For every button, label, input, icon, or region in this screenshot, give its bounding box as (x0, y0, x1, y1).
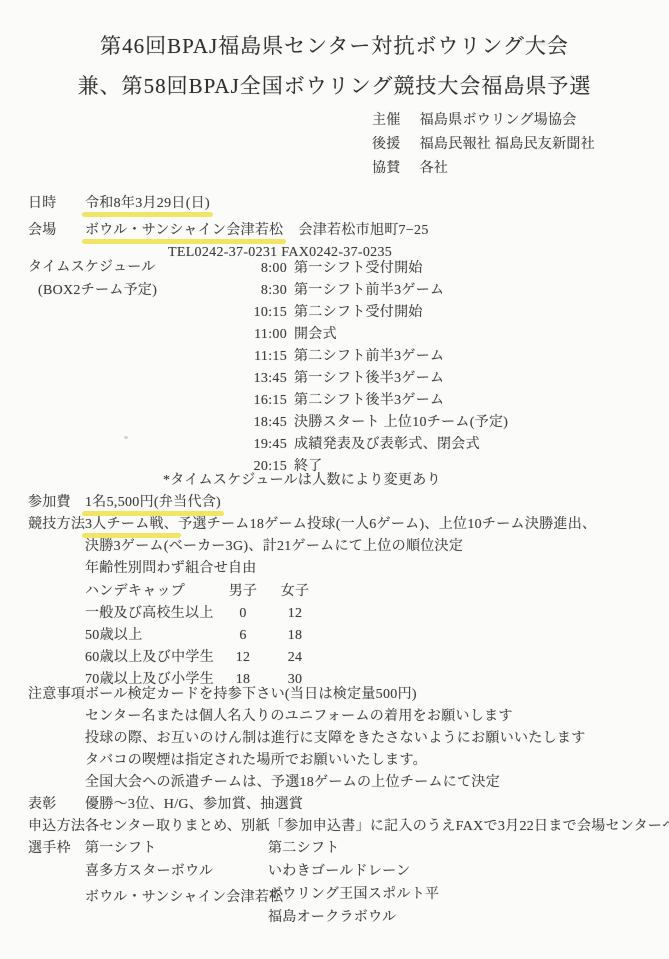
handicap-women-value: 18 (260, 626, 316, 646)
schedule-event: 決勝スタート 上位10チーム(予定) (294, 413, 508, 433)
organizer-value: 各社 (420, 159, 449, 179)
awards-label: 表彰 (28, 795, 85, 815)
datetime-row: 日時 令和8年3月29日(日) (28, 194, 210, 214)
organizer-label: 後援 (372, 135, 401, 155)
rules-label: 競技方法 (28, 515, 85, 535)
rules-row: 競技方法 3人チーム戦、予選チーム18ゲーム投球(一人6ゲーム)、上位10チーム… (28, 515, 596, 535)
organizer-row-host: 主催 福島県ボウリング場協会 (372, 109, 595, 133)
slots-shift2-column: 第二シフト いわきゴールドレーン ボウリング王国スポルト平 福島オークラボウル (268, 839, 439, 931)
rules-team-format: 3人チーム戦、 (85, 515, 178, 535)
awards-value: 優勝〜3位、H/G、参加賞、抽選賞 (85, 795, 303, 815)
schedule-row: 16:15 第二シフト後半3ゲーム (225, 390, 508, 412)
title-line1: 第46回BPAJ福島県センター対抗ボウリング大会 (0, 26, 669, 66)
awards-row: 表彰 優勝〜3位、H/G、参加賞、抽選賞 (28, 795, 303, 815)
title-line2: 兼、第58回BPAJ全国ボウリング競技大会福島県予選 (0, 66, 669, 106)
application-label: 申込方法 (28, 817, 85, 837)
schedule-event: 第二シフト後半3ゲーム (294, 391, 444, 411)
scan-speck (452, 136, 455, 139)
fee-value: 1名5,500円(弁当代含) (85, 493, 221, 513)
note-line: タバコの喫煙は指定された場所でお願いいたします。 (85, 751, 427, 771)
organizer-value: 福島県ボウリング場協会 (420, 111, 577, 131)
schedule-row: 19:45 成績発表及び表彰式、閉会式 (225, 434, 508, 456)
shift2-title: 第二シフト (268, 839, 439, 862)
schedule-row: 18:45 決勝スタート 上位10チーム(予定) (225, 412, 508, 434)
rules-line1: 予選チーム18ゲーム投球(一人6ゲーム)、上位10チーム決勝進出、 (178, 517, 596, 532)
organizer-row-support: 後援 福島民報社 福島民友新聞社 (372, 133, 595, 157)
schedule-time: 13:45 (225, 369, 287, 389)
slots-label: 選手枠 (28, 839, 71, 859)
schedule-time: 8:00 (225, 259, 287, 279)
organizer-label: 協賛 (372, 159, 401, 179)
document-title: 第46回BPAJ福島県センター対抗ボウリング大会 兼、第58回BPAJ全国ボウリ… (0, 26, 669, 106)
schedule-time: 10:15 (225, 303, 287, 323)
rules-line2: 決勝3ゲーム(ベーカー3G)、計21ゲームにて上位の順位決定 (85, 537, 463, 557)
venue-name: ボウル・サンシャイン会津若松 (85, 221, 283, 241)
schedule-note: *タイムスケジュールは人数により変更あり (163, 471, 441, 491)
application-row: 申込方法 各センター取りまとめ、別紙「参加申込書」に記入のうえFAXで3月22日… (28, 817, 669, 837)
schedule-list: 8:00 第一シフト受付開始 8:30 第一シフト前半3ゲーム 10:15 第二… (225, 258, 508, 478)
schedule-row: 11:15 第二シフト前半3ゲーム (225, 346, 508, 368)
venue-address: 会津若松市旭町7−25 (298, 221, 428, 241)
schedule-event: 第二シフト前半3ゲーム (294, 347, 444, 367)
scanned-document: 第46回BPAJ福島県センター対抗ボウリング大会 兼、第58回BPAJ全国ボウリ… (0, 0, 669, 959)
shift2-center: ボウリング王国スポルト平 (268, 885, 439, 908)
schedule-row: 10:15 第二シフト受付開始 (225, 302, 508, 324)
shift1-center: 喜多方スターボウル (85, 862, 283, 885)
schedule-event: 第二シフト受付開始 (294, 303, 423, 323)
handicap-table: ハンデキャップ 男子 女子 一般及び高校生以上 0 12 50歳以上 6 18 … (85, 581, 316, 691)
schedule-event: 第一シフト前半3ゲーム (294, 281, 444, 301)
organizer-value: 福島民報社 福島民友新聞社 (420, 135, 595, 155)
schedule-time: 16:15 (225, 391, 287, 411)
application-value: 各センター取りまとめ、別紙「参加申込書」に記入のうえFAXで3月22日まで会場セ… (85, 817, 669, 837)
handicap-category: 50歳以上 (85, 626, 226, 646)
datetime-label: 日時 (28, 194, 85, 214)
shift1-center: ボウル・サンシャイン会津若松 (85, 888, 283, 911)
handicap-men-value: 0 (226, 604, 260, 624)
rules-line3: 年齢性別問わず組合せ自由 (85, 559, 257, 579)
handicap-women-value: 12 (260, 604, 316, 624)
handicap-men-value: 6 (226, 626, 260, 646)
handicap-header: ハンデキャップ 男子 女子 (85, 581, 316, 603)
note-line: ボール検定カードを持参下さい(当日は検定量500円) (85, 685, 417, 705)
schedule-row: 13:45 第一シフト後半3ゲーム (225, 368, 508, 390)
schedule-label: タイムスケジュール (28, 258, 157, 278)
schedule-row: 8:00 第一シフト受付開始 (225, 258, 508, 280)
scan-speck (124, 436, 128, 439)
schedule-label-block: タイムスケジュール (BOX2チーム予定) (28, 258, 157, 301)
venue-label: 会場 (28, 221, 85, 241)
schedule-event: 第一シフト後半3ゲーム (294, 369, 444, 389)
datetime-value: 令和8年3月29日(日) (85, 194, 210, 214)
schedule-sublabel: (BOX2チーム予定) (28, 281, 157, 301)
schedule-event: 成績発表及び表彰式、閉会式 (294, 435, 480, 455)
note-line: 投球の際、お互いのけん制は進行に支障をきたさないようにお願いいたします (85, 729, 586, 749)
schedule-event: 第一シフト受付開始 (294, 259, 423, 279)
note-line: 全国大会への派遣チームは、予選18ゲームの上位チームにて決定 (85, 773, 500, 793)
schedule-row: 8:30 第一シフト前半3ゲーム (225, 280, 508, 302)
scan-speck (538, 40, 547, 45)
notes-label: 注意事項 (28, 685, 85, 705)
organizer-row-sponsor: 協賛 各社 (372, 157, 595, 181)
handicap-women-value: 24 (260, 648, 316, 668)
slots-shift1-column: 第一シフト 喜多方スターボウル ボウル・サンシャイン会津若松 (85, 839, 283, 911)
shift1-title: 第一シフト (85, 839, 283, 862)
schedule-time: 8:30 (225, 281, 287, 301)
shift2-center: いわきゴールドレーン (268, 862, 439, 885)
handicap-header-women: 女子 (260, 582, 316, 602)
venue-row: 会場 ボウル・サンシャイン会津若松 会津若松市旭町7−25 (28, 221, 429, 241)
handicap-men-value: 12 (226, 648, 260, 668)
schedule-time: 11:00 (225, 325, 287, 345)
organizer-block: 主催 福島県ボウリング場協会 後援 福島民報社 福島民友新聞社 協賛 各社 (372, 109, 595, 181)
schedule-time: 11:15 (225, 347, 287, 367)
schedule-row: 11:00 開会式 (225, 324, 508, 346)
fee-row: 参加費 1名5,500円(弁当代含) (28, 493, 221, 513)
schedule-event: 開会式 (294, 325, 337, 345)
handicap-row: 50歳以上 6 18 (85, 625, 316, 647)
note-line: センター名または個人名入りのユニフォームの着用をお願いします (85, 707, 513, 727)
handicap-category: 一般及び高校生以上 (85, 604, 226, 624)
handicap-row: 一般及び高校生以上 0 12 (85, 603, 316, 625)
handicap-category: 60歳以上及び中学生 (85, 648, 226, 668)
schedule-time: 19:45 (225, 435, 287, 455)
handicap-header-name: ハンデキャップ (85, 582, 226, 602)
handicap-row: 60歳以上及び中学生 12 24 (85, 647, 316, 669)
fee-label: 参加費 (28, 493, 85, 513)
schedule-time: 18:45 (225, 413, 287, 433)
handicap-header-men: 男子 (226, 582, 260, 602)
organizer-label: 主催 (372, 111, 401, 131)
shift2-center: 福島オークラボウル (268, 908, 439, 931)
